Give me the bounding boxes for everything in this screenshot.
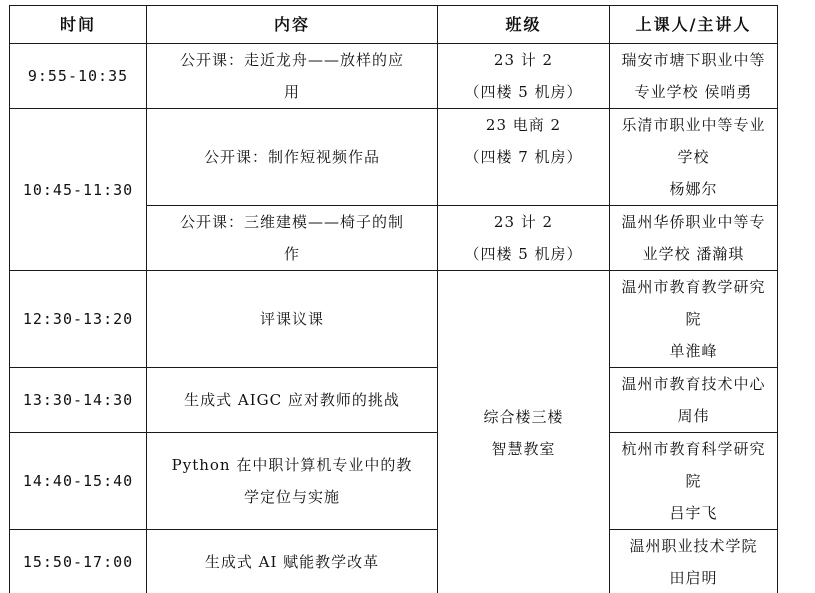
content-line: 公开课：三维建模——椅子的制 — [153, 206, 431, 238]
content-line: 生成式 AIGC 应对教师的挑战 — [153, 384, 431, 416]
speaker-line: 学校 — [616, 141, 771, 173]
speaker-line: 杭州市教育科学研究 — [616, 433, 771, 465]
speaker-line: 杨娜尔 — [616, 173, 771, 205]
speaker-cell: 温州职业技术学院 田启明 — [610, 530, 778, 593]
speaker-line: 院 — [616, 465, 771, 497]
time-cell: 12:30-13:20 — [10, 271, 147, 368]
speaker-cell: 温州市教育教学研究 院 单淮峰 — [610, 271, 778, 368]
time-cell: 14:40-15:40 — [10, 433, 147, 530]
schedule-page: 时间 内容 班级 上课人/主讲人 9:55-10:35 公开课：走近龙舟——放样… — [0, 0, 815, 593]
speaker-line: 瑞安市塘下职业中等 — [616, 44, 771, 76]
class-line: 23 电商 2 — [444, 109, 603, 141]
class-line: 23 计 2 — [444, 44, 603, 76]
class-cell: 23 计 2 （四楼 5 机房） — [438, 44, 610, 109]
content-line: 公开课：制作短视频作品 — [153, 141, 431, 173]
speaker-line: 周伟 — [616, 400, 771, 432]
speaker-line: 温州职业技术学院 — [616, 530, 771, 562]
header-class: 班级 — [438, 6, 610, 44]
table-row: 9:55-10:35 公开课：走近龙舟——放样的应 用 23 计 2 （四楼 5… — [10, 44, 778, 109]
speaker-line: 乐清市职业中等专业 — [616, 109, 771, 141]
speaker-line: 专业学校 侯哨勇 — [616, 76, 771, 108]
class-line: （四楼 7 机房） — [444, 141, 603, 173]
content-line: Python 在中职计算机专业中的教 — [153, 449, 431, 481]
header-speaker: 上课人/主讲人 — [610, 6, 778, 44]
content-line: 生成式 AI 赋能教学改革 — [153, 546, 431, 578]
content-cell: Python 在中职计算机专业中的教 学定位与实施 — [147, 433, 438, 530]
class-line: （四楼 5 机房） — [444, 238, 603, 270]
class-cell: 23 计 2 （四楼 5 机房） — [438, 206, 610, 271]
header-row: 时间 内容 班级 上课人/主讲人 — [10, 6, 778, 44]
class-line: 智慧教室 — [444, 433, 603, 465]
class-line: 23 计 2 — [444, 206, 603, 238]
table-row: 10:45-11:30 公开课：制作短视频作品 23 电商 2 （四楼 7 机房… — [10, 109, 778, 206]
speaker-cell: 杭州市教育科学研究 院 吕宇飞 — [610, 433, 778, 530]
speaker-cell: 乐清市职业中等专业 学校 杨娜尔 — [610, 109, 778, 206]
class-line: （四楼 5 机房） — [444, 76, 603, 108]
speaker-cell: 温州市教育技术中心 周伟 — [610, 368, 778, 433]
table-row: 15:50-17:00 生成式 AI 赋能教学改革 温州职业技术学院 田启明 — [10, 530, 778, 593]
speaker-line: 单淮峰 — [616, 335, 771, 367]
speaker-line: 吕宇飞 — [616, 497, 771, 529]
speaker-line: 温州市教育技术中心 — [616, 368, 771, 400]
content-line: 作 — [153, 238, 431, 270]
speaker-line: 温州华侨职业中等专 — [616, 206, 771, 238]
speaker-cell: 温州华侨职业中等专 业学校 潘瀚琪 — [610, 206, 778, 271]
table-row: 14:40-15:40 Python 在中职计算机专业中的教 学定位与实施 杭州… — [10, 433, 778, 530]
content-cell: 公开课：走近龙舟——放样的应 用 — [147, 44, 438, 109]
speaker-line: 业学校 潘瀚琪 — [616, 238, 771, 270]
speaker-line: 温州市教育教学研究 — [616, 271, 771, 303]
speaker-cell: 瑞安市塘下职业中等 专业学校 侯哨勇 — [610, 44, 778, 109]
class-cell: 23 电商 2 （四楼 7 机房） — [438, 109, 610, 206]
content-line: 用 — [153, 76, 431, 108]
content-cell: 生成式 AI 赋能教学改革 — [147, 530, 438, 593]
time-cell: 9:55-10:35 — [10, 44, 147, 109]
table-row: 12:30-13:20 评课议课 综合楼三楼 智慧教室 温州市教育教学研究 院 … — [10, 271, 778, 368]
content-cell: 公开课：制作短视频作品 — [147, 109, 438, 206]
class-cell-merged: 综合楼三楼 智慧教室 — [438, 271, 610, 593]
time-cell: 15:50-17:00 — [10, 530, 147, 593]
content-cell: 评课议课 — [147, 271, 438, 368]
content-line: 公开课：走近龙舟——放样的应 — [153, 44, 431, 76]
header-time: 时间 — [10, 6, 147, 44]
schedule-table: 时间 内容 班级 上课人/主讲人 9:55-10:35 公开课：走近龙舟——放样… — [9, 5, 778, 593]
header-content: 内容 — [147, 6, 438, 44]
content-cell: 公开课：三维建模——椅子的制 作 — [147, 206, 438, 271]
content-cell: 生成式 AIGC 应对教师的挑战 — [147, 368, 438, 433]
time-cell: 13:30-14:30 — [10, 368, 147, 433]
time-cell: 10:45-11:30 — [10, 109, 147, 271]
speaker-line: 田启明 — [616, 562, 771, 593]
table-row: 13:30-14:30 生成式 AIGC 应对教师的挑战 温州市教育技术中心 周… — [10, 368, 778, 433]
content-line: 学定位与实施 — [153, 481, 431, 513]
speaker-line: 院 — [616, 303, 771, 335]
class-line: 综合楼三楼 — [444, 401, 603, 433]
content-line: 评课议课 — [153, 303, 431, 335]
